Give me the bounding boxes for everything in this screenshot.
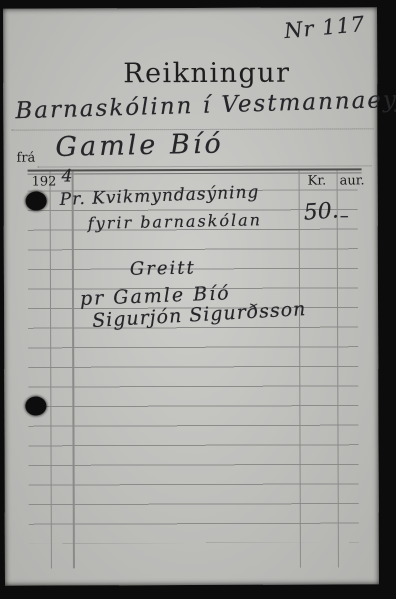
recipient-name-handwritten: Barnaskólinn í Vestmannaeyjum	[15, 85, 396, 124]
year-printed: 192	[32, 174, 57, 189]
hole-punch-top	[26, 192, 47, 211]
from-writing-line	[38, 165, 372, 167]
column-header-aur: aur.	[340, 173, 365, 188]
page-title: Reikningur	[123, 58, 290, 90]
from-label: frá	[16, 151, 35, 166]
scanned-document-photo: Nr 117 Reikningur Barnaskólinn í Vestman…	[0, 0, 396, 599]
entry-amount-aur: –	[340, 205, 349, 226]
from-value-handwritten: Gamle Bíó	[55, 128, 224, 163]
paid-note-handwritten: Greitt	[130, 257, 196, 279]
entry-description-line2: fyrir barnaskólan	[88, 210, 263, 233]
entry-amount-kr: 50.	[303, 198, 340, 225]
year-digit-handwritten: 4	[62, 166, 73, 186]
invoice-number-handwritten: Nr 117	[283, 12, 366, 43]
table-ruled-lines	[28, 189, 359, 543]
column-header-kr: Kr.	[308, 174, 327, 189]
hole-punch-bottom	[25, 397, 46, 416]
invoice-paper: Nr 117 Reikningur Barnaskólinn í Vestman…	[3, 7, 379, 585]
